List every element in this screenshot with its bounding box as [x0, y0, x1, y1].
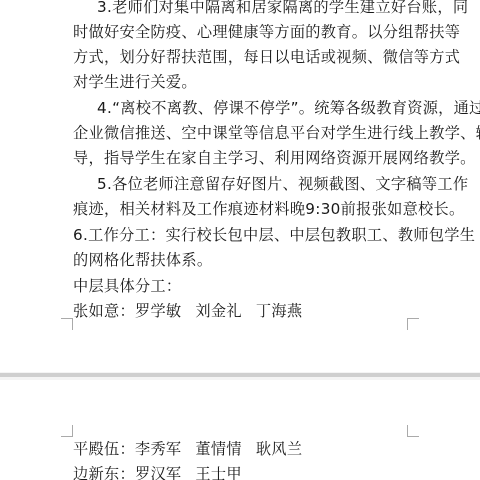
assignment-leader: 张如意：	[73, 302, 135, 320]
margin-corner-mark	[61, 425, 73, 437]
assignment-member: 王士甲	[195, 465, 241, 480]
assignment-member: 董情情	[195, 440, 241, 458]
margin-corner-mark	[407, 425, 419, 437]
assignment-member: 李秀军	[135, 440, 181, 458]
paragraph-3-line-1: 3.老师们对集中隔离和居家隔离的学生建立好台账，同	[97, 0, 437, 17]
document-page-1: 3.老师们对集中隔离和居家隔离的学生建立好台账，同 时做好安全防疫、心理健康等方…	[0, 0, 480, 372]
assignment-row: 平殿伍：李秀军董情情耿风兰	[73, 439, 413, 459]
assignment-row: 边新东：罗汉军王士甲	[73, 464, 413, 480]
assignment-leader: 平殿伍：	[73, 440, 135, 458]
paragraph-6-line-2: 的网格化帮扶体系。	[73, 250, 413, 270]
paragraph-4-line-1: 4.“离校不离教、停课不停学”。统筹各级教育资源，通过	[97, 98, 437, 118]
margin-corner-mark	[61, 318, 73, 330]
assignment-member: 丁海燕	[256, 302, 302, 320]
assignment-leader: 边新东：	[73, 465, 135, 480]
assignment-member: 耿风兰	[256, 440, 302, 458]
assignment-row: 张如意：罗学敏刘金礼丁海燕	[73, 301, 413, 321]
paragraph-3-line-3: 方式，划分好帮扶范围，每日以电话或视频、微信等方式	[73, 47, 413, 67]
document-page-2: 平殿伍：李秀军董情情耿风兰 边新东：罗汉军王士甲	[0, 380, 480, 480]
paragraph-3-line-2: 时做好安全防疫、心理健康等方面的教育。以分组帮扶等	[73, 22, 413, 42]
section-heading-middle-management: 中层具体分工：	[73, 276, 413, 296]
page-break-divider	[0, 373, 480, 377]
paragraph-4-line-3: 导，指导学生在家自主学习、利用网络资源开展网络教学。	[73, 148, 413, 168]
assignment-member: 刘金礼	[195, 302, 241, 320]
margin-corner-mark	[407, 318, 419, 330]
paragraph-6-line-1: 6.工作分工：实行校长包中层、中层包教职工、教师包学生	[73, 225, 413, 245]
paragraph-3-line-4: 对学生进行关爱。	[73, 72, 413, 92]
assignment-member: 罗学敏	[135, 302, 181, 320]
paragraph-4-line-2: 企业微信推送、空中课堂等信息平台对学生进行线上教学、辅	[73, 123, 413, 143]
paragraph-5-line-2: 痕迹，相关材料及工作痕迹材料晚9:30前报张如意校长。	[73, 199, 413, 219]
paragraph-5-line-1: 5.各位老师注意留存好图片、视频截图、文字稿等工作	[97, 174, 437, 194]
assignment-member: 罗汉军	[135, 465, 181, 480]
